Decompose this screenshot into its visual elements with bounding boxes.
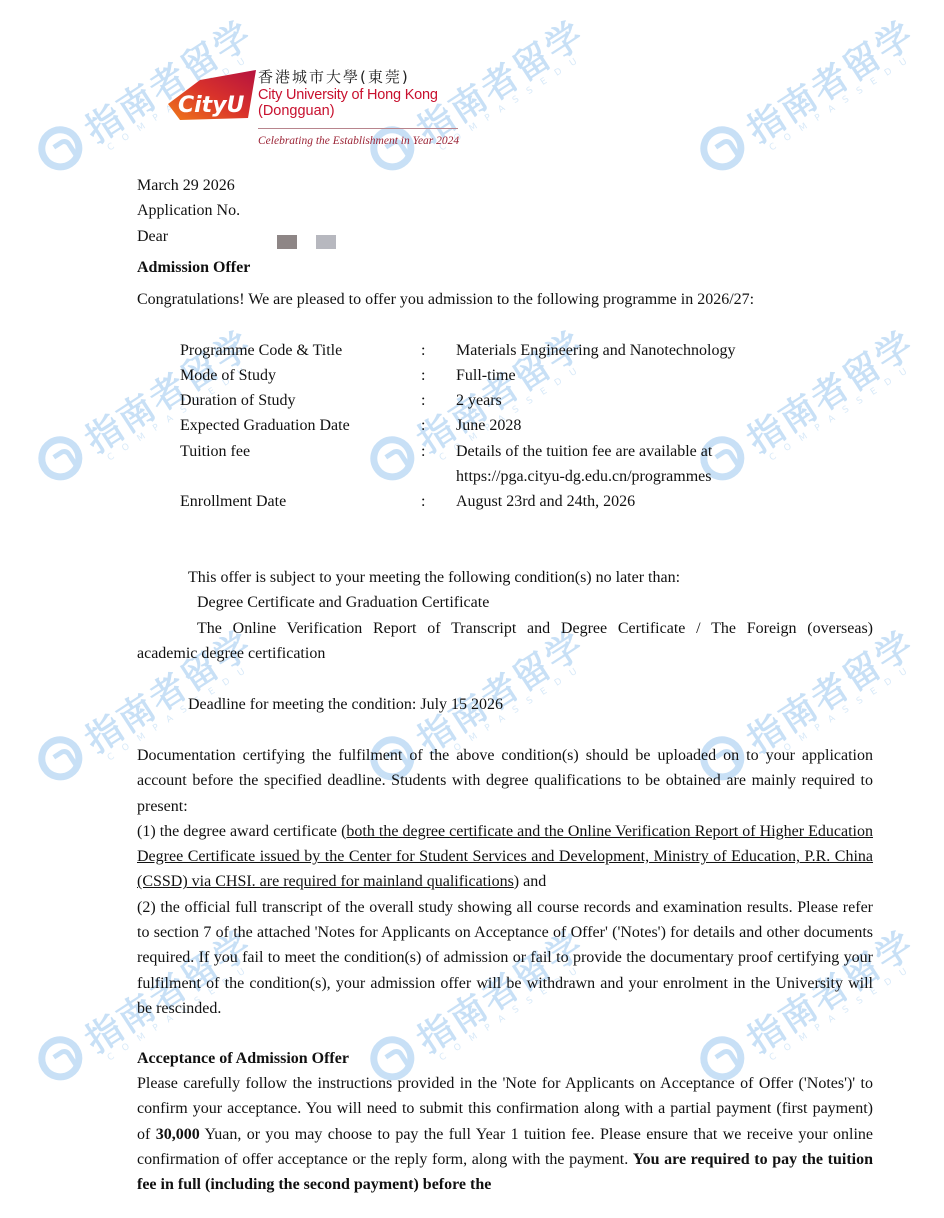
letter-date: March 29 2026: [137, 176, 235, 196]
watermark: 指南者留学COMPASSEDU: [702, 60, 932, 170]
offer-letter-page: 指南者留学COMPASSEDU 指南者留学COMPASSEDU 指南者留学COM…: [0, 0, 944, 1218]
detail-separator: :: [421, 341, 425, 361]
detail-label: Programme Code & Title: [180, 341, 342, 361]
university-name-english: City University of Hong Kong: [258, 87, 438, 103]
university-name-chinese: 香港城市大學(東莞): [258, 66, 410, 87]
detail-separator: :: [421, 391, 425, 411]
tuition-fee-link[interactable]: https://pga.cityu-dg.edu.cn/programmes: [456, 467, 712, 487]
acceptance-text: Please carefully follow the instructions…: [137, 1071, 873, 1197]
first-payment-amount: 30,000: [156, 1126, 200, 1143]
condition-item: Degree Certificate and Graduation Certif…: [197, 593, 489, 613]
condition-item: The Online Verification Report of Transc…: [197, 619, 873, 639]
detail-label: Duration of Study: [180, 391, 296, 411]
acceptance-heading: Acceptance of Admission Offer: [137, 1049, 349, 1069]
watermark-logo-icon: [692, 118, 753, 179]
watermark-logo-icon: [30, 118, 91, 179]
documentation-point-2: (2) the official full transcript of the …: [137, 895, 873, 1021]
application-number-label: Application No.: [137, 201, 240, 221]
condition-item-continued: academic degree certification: [137, 644, 325, 664]
detail-value: August 23rd and 24th, 2026: [456, 492, 635, 512]
documentation-section: Documentation certifying the fulfilment …: [137, 743, 873, 1021]
intro-text: Congratulations! We are pleased to offer…: [137, 290, 754, 310]
detail-label: Tuition fee: [180, 442, 250, 462]
detail-label: Enrollment Date: [180, 492, 286, 512]
detail-separator: :: [421, 366, 425, 386]
logo-divider: [258, 128, 458, 129]
detail-separator: :: [421, 492, 425, 512]
detail-value: Full-time: [456, 366, 516, 386]
redacted-name-block: [277, 235, 297, 249]
watermark-logo-icon: [30, 728, 91, 789]
cityu-logo-icon: CityU: [166, 68, 258, 124]
university-logo: CityU 香港城市大學(東莞) City University of Hong…: [160, 60, 480, 160]
svg-text:CityU: CityU: [178, 93, 245, 118]
detail-value: June 2028: [456, 416, 521, 436]
documentation-point-1: (1) the degree award certificate (both t…: [137, 819, 873, 895]
redacted-name-block: [316, 235, 336, 249]
watermark-logo-icon: [362, 428, 423, 489]
watermark-logo-icon: [30, 1028, 91, 1089]
letter-title: Admission Offer: [137, 258, 250, 278]
condition-deadline: Deadline for meeting the condition: July…: [188, 695, 503, 715]
acceptance-section: Please carefully follow the instructions…: [137, 1071, 873, 1197]
logo-tagline: Celebrating the Establishment in Year 20…: [258, 135, 459, 147]
detail-label: Mode of Study: [180, 366, 276, 386]
detail-value: 2 years: [456, 391, 502, 411]
watermark: 指南者留学COMPASSEDU: [702, 370, 932, 480]
detail-separator: :: [421, 442, 425, 462]
detail-value: Details of the tuition fee are available…: [456, 442, 712, 462]
detail-label: Expected Graduation Date: [180, 416, 350, 436]
salutation: Dear: [137, 227, 168, 247]
documentation-intro: Documentation certifying the fulfilment …: [137, 743, 873, 819]
detail-value: Materials Engineering and Nanotechnology: [456, 341, 735, 361]
university-campus: (Dongguan): [258, 103, 335, 119]
watermark-logo-icon: [30, 428, 91, 489]
detail-separator: :: [421, 416, 425, 436]
conditions-intro: This offer is subject to your meeting th…: [188, 568, 680, 588]
